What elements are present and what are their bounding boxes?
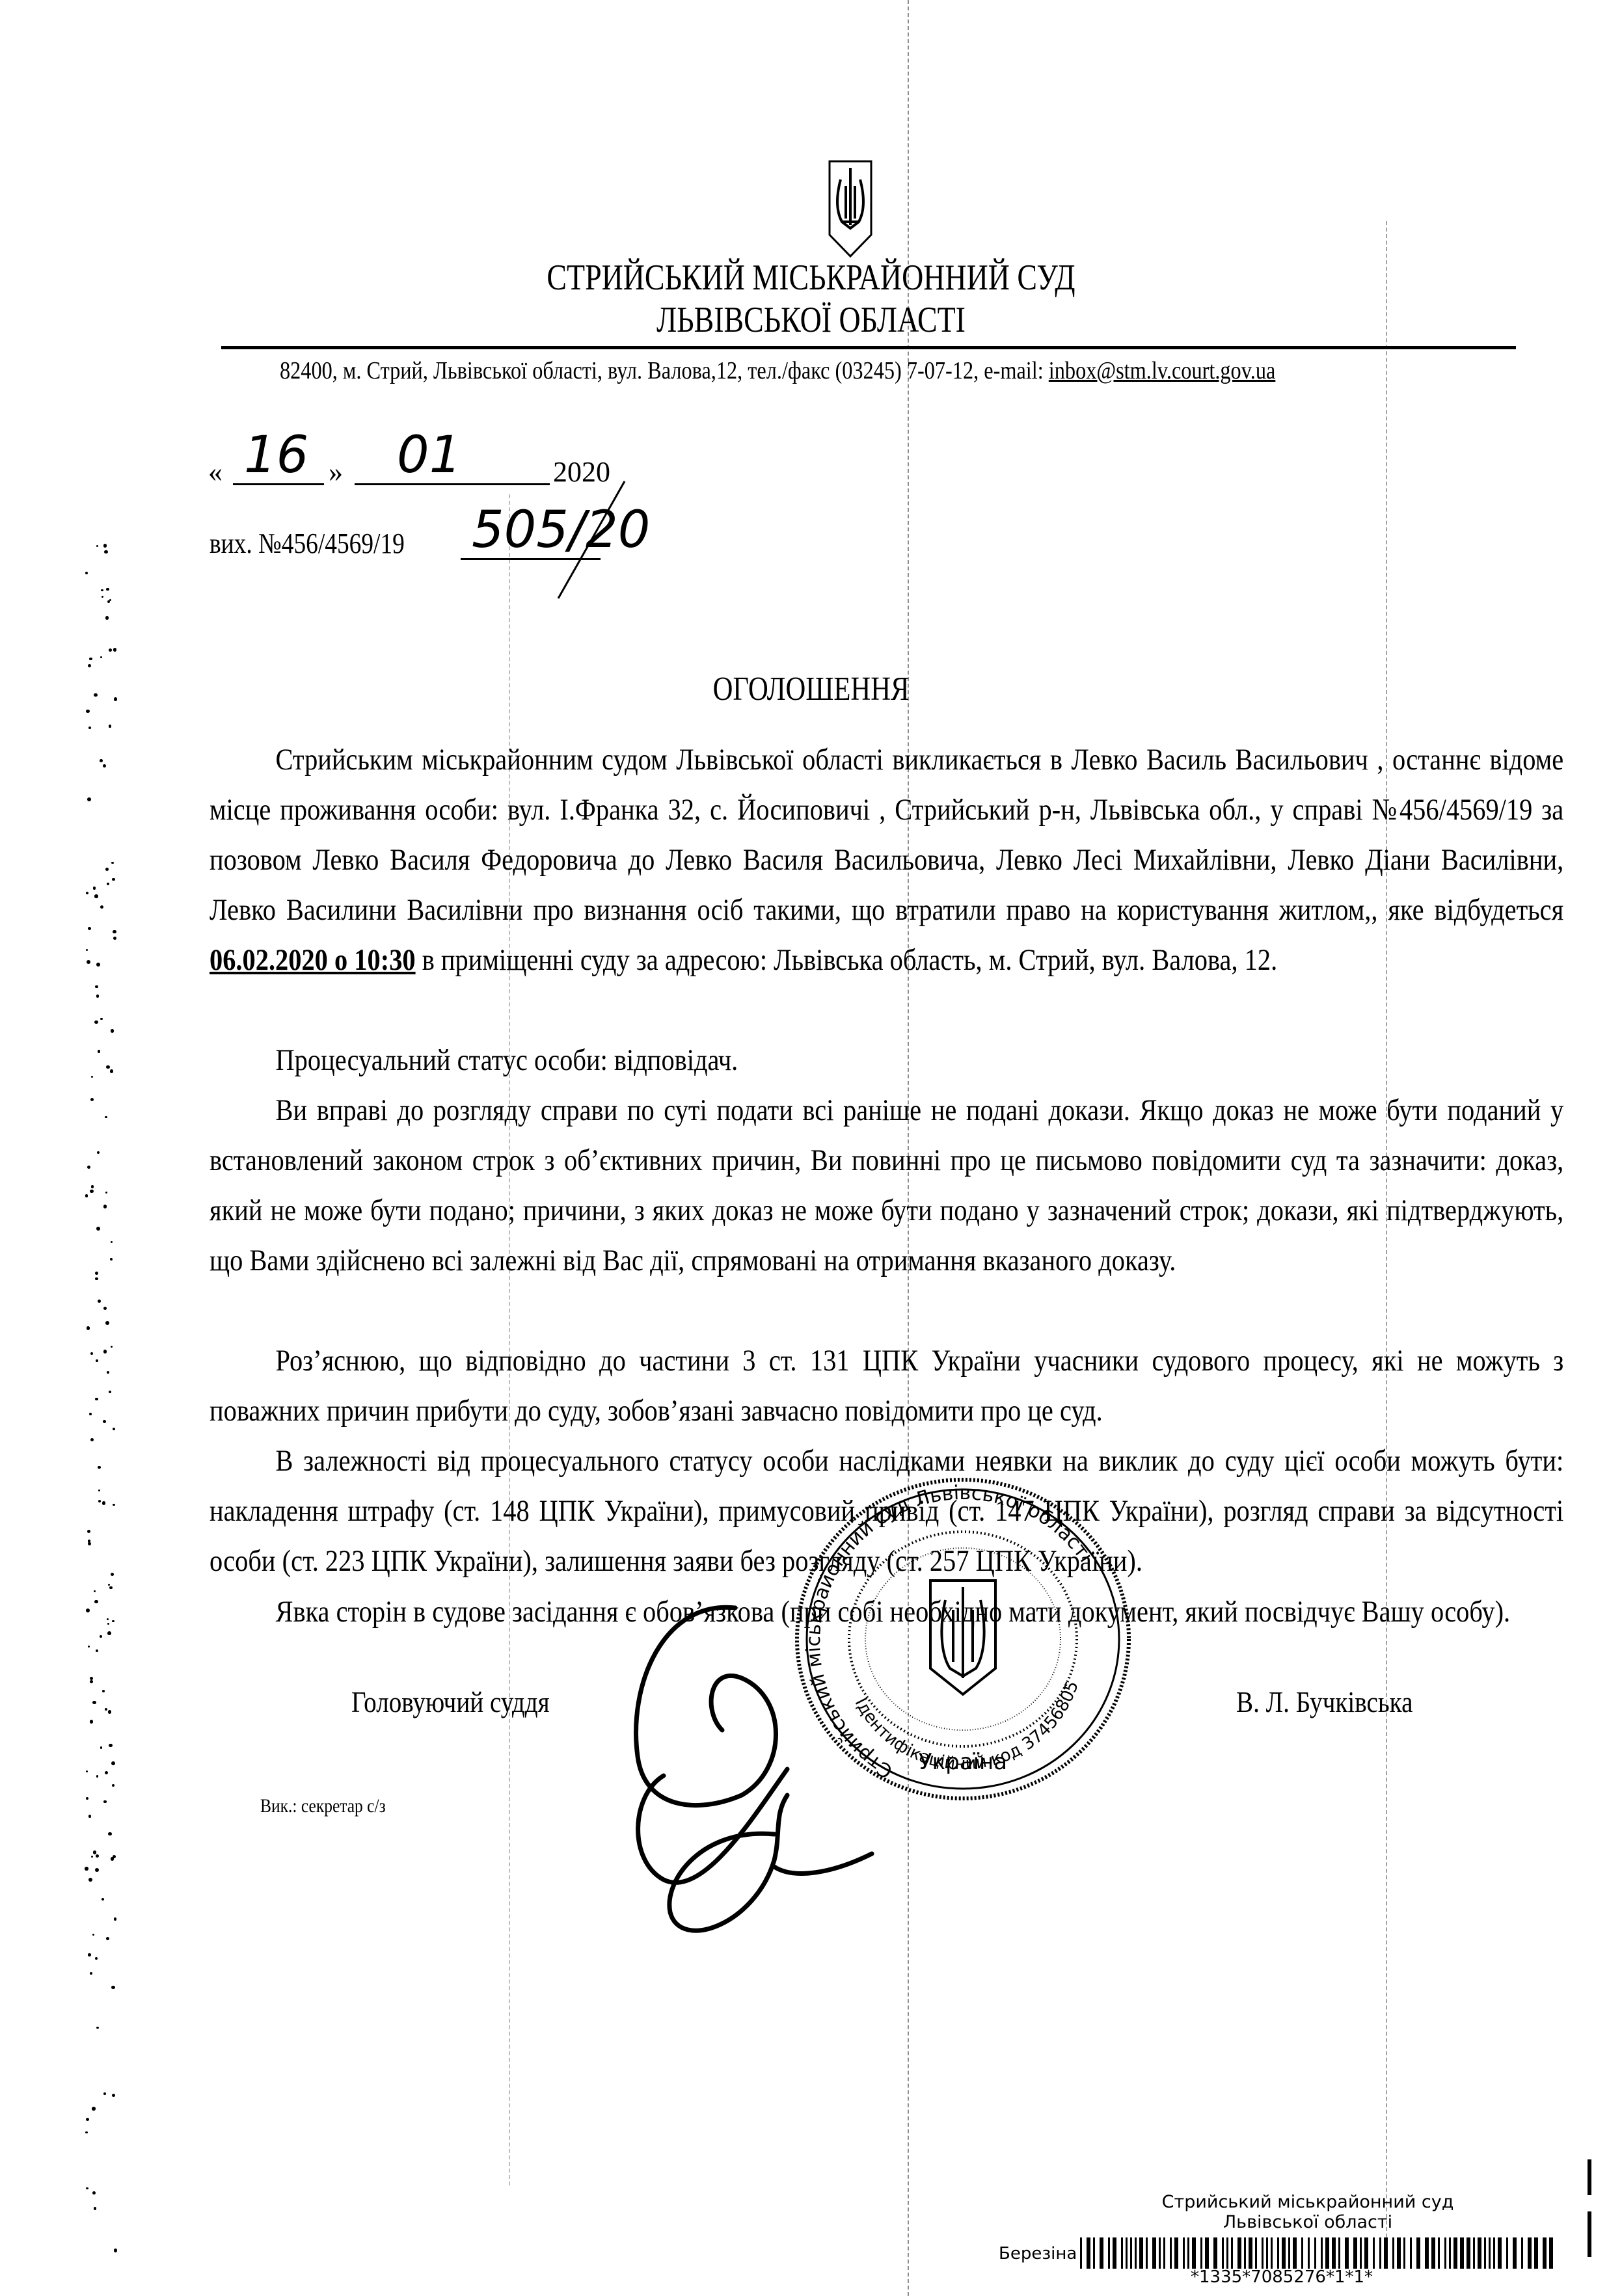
date-close-quote: »: [329, 455, 343, 488]
court-name-line2: ЛЬВІВСЬКОЇ ОБЛАСТІ: [146, 299, 1476, 341]
stamp-bottom-text: Україна: [919, 1749, 1007, 1775]
judge-signature: [625, 1600, 917, 1938]
margin-mark: [1588, 2159, 1591, 2195]
summons-text-end: в приміщенні суду за адресою: Львівська …: [416, 943, 1278, 977]
trident-coat-of-arms-icon: [828, 160, 873, 258]
barcode-label: Березіна: [999, 2244, 1077, 2263]
paragraph-status: Процесуальний статус особи: відповідач.: [210, 1035, 1563, 1086]
barcode-court-line1: Стрийський міськрайонний суд: [1145, 2192, 1470, 2212]
date-day-handwritten: 16: [244, 426, 308, 485]
handwritten-slash: [553, 478, 631, 602]
barcode-bars-icon: [1080, 2237, 1555, 2269]
margin-mark: [1588, 2211, 1591, 2257]
paragraph-notice: Роз’яснюю, що відповідно до частини 3 ст…: [210, 1336, 1563, 1436]
address-text: 82400, м. Стрий, Львівської області, вул…: [280, 357, 1049, 384]
court-address: 82400, м. Стрий, Львівської області, вул…: [280, 356, 1275, 385]
header-divider: [221, 346, 1516, 349]
summons-text: Стрийським міськрайонним судом Львівсько…: [210, 743, 1563, 927]
paragraph-summons: Стрийським міськрайонним судом Львівсько…: [210, 735, 1563, 985]
notice-text: Роз’яснюю, що відповідно до частини 3 ст…: [210, 1344, 1563, 1428]
date-open-quote: «: [208, 455, 223, 488]
paragraph-evidence: Ви вправі до розгляду справи по суті под…: [210, 1086, 1563, 1286]
evidence-text: Ви вправі до розгляду справи по суті под…: [210, 1093, 1563, 1277]
judge-title: Головуючий суддя: [351, 1685, 550, 1719]
announcement-title: ОГОЛОШЕННЯ: [146, 670, 1476, 708]
judge-name: В. Л. Бучківська: [1236, 1685, 1412, 1719]
outgoing-number-label: вих. №456/4569/19: [210, 527, 405, 560]
trident-icon: [930, 1581, 995, 1694]
procedural-status: Процесуальний статус особи: відповідач.: [275, 1043, 738, 1077]
date-month-handwritten: 01: [397, 426, 461, 485]
court-name-line1: СТРИЙСЬКИЙ МІСЬКРАЙОННИЙ СУД: [146, 257, 1476, 299]
barcode-court-name: Стрийський міськрайонний суд Львівської …: [1145, 2192, 1470, 2232]
email-link[interactable]: inbox@stm.lv.court.gov.ua: [1049, 357, 1276, 384]
barcode-number: *1335*7085276*1*1*: [1191, 2267, 1373, 2287]
barcode-court-line2: Львівської області: [1145, 2212, 1470, 2232]
hearing-datetime: 06.02.2020 о 10:30: [210, 943, 416, 977]
executor-note: Вик.: секретар с/з: [260, 1795, 386, 1817]
